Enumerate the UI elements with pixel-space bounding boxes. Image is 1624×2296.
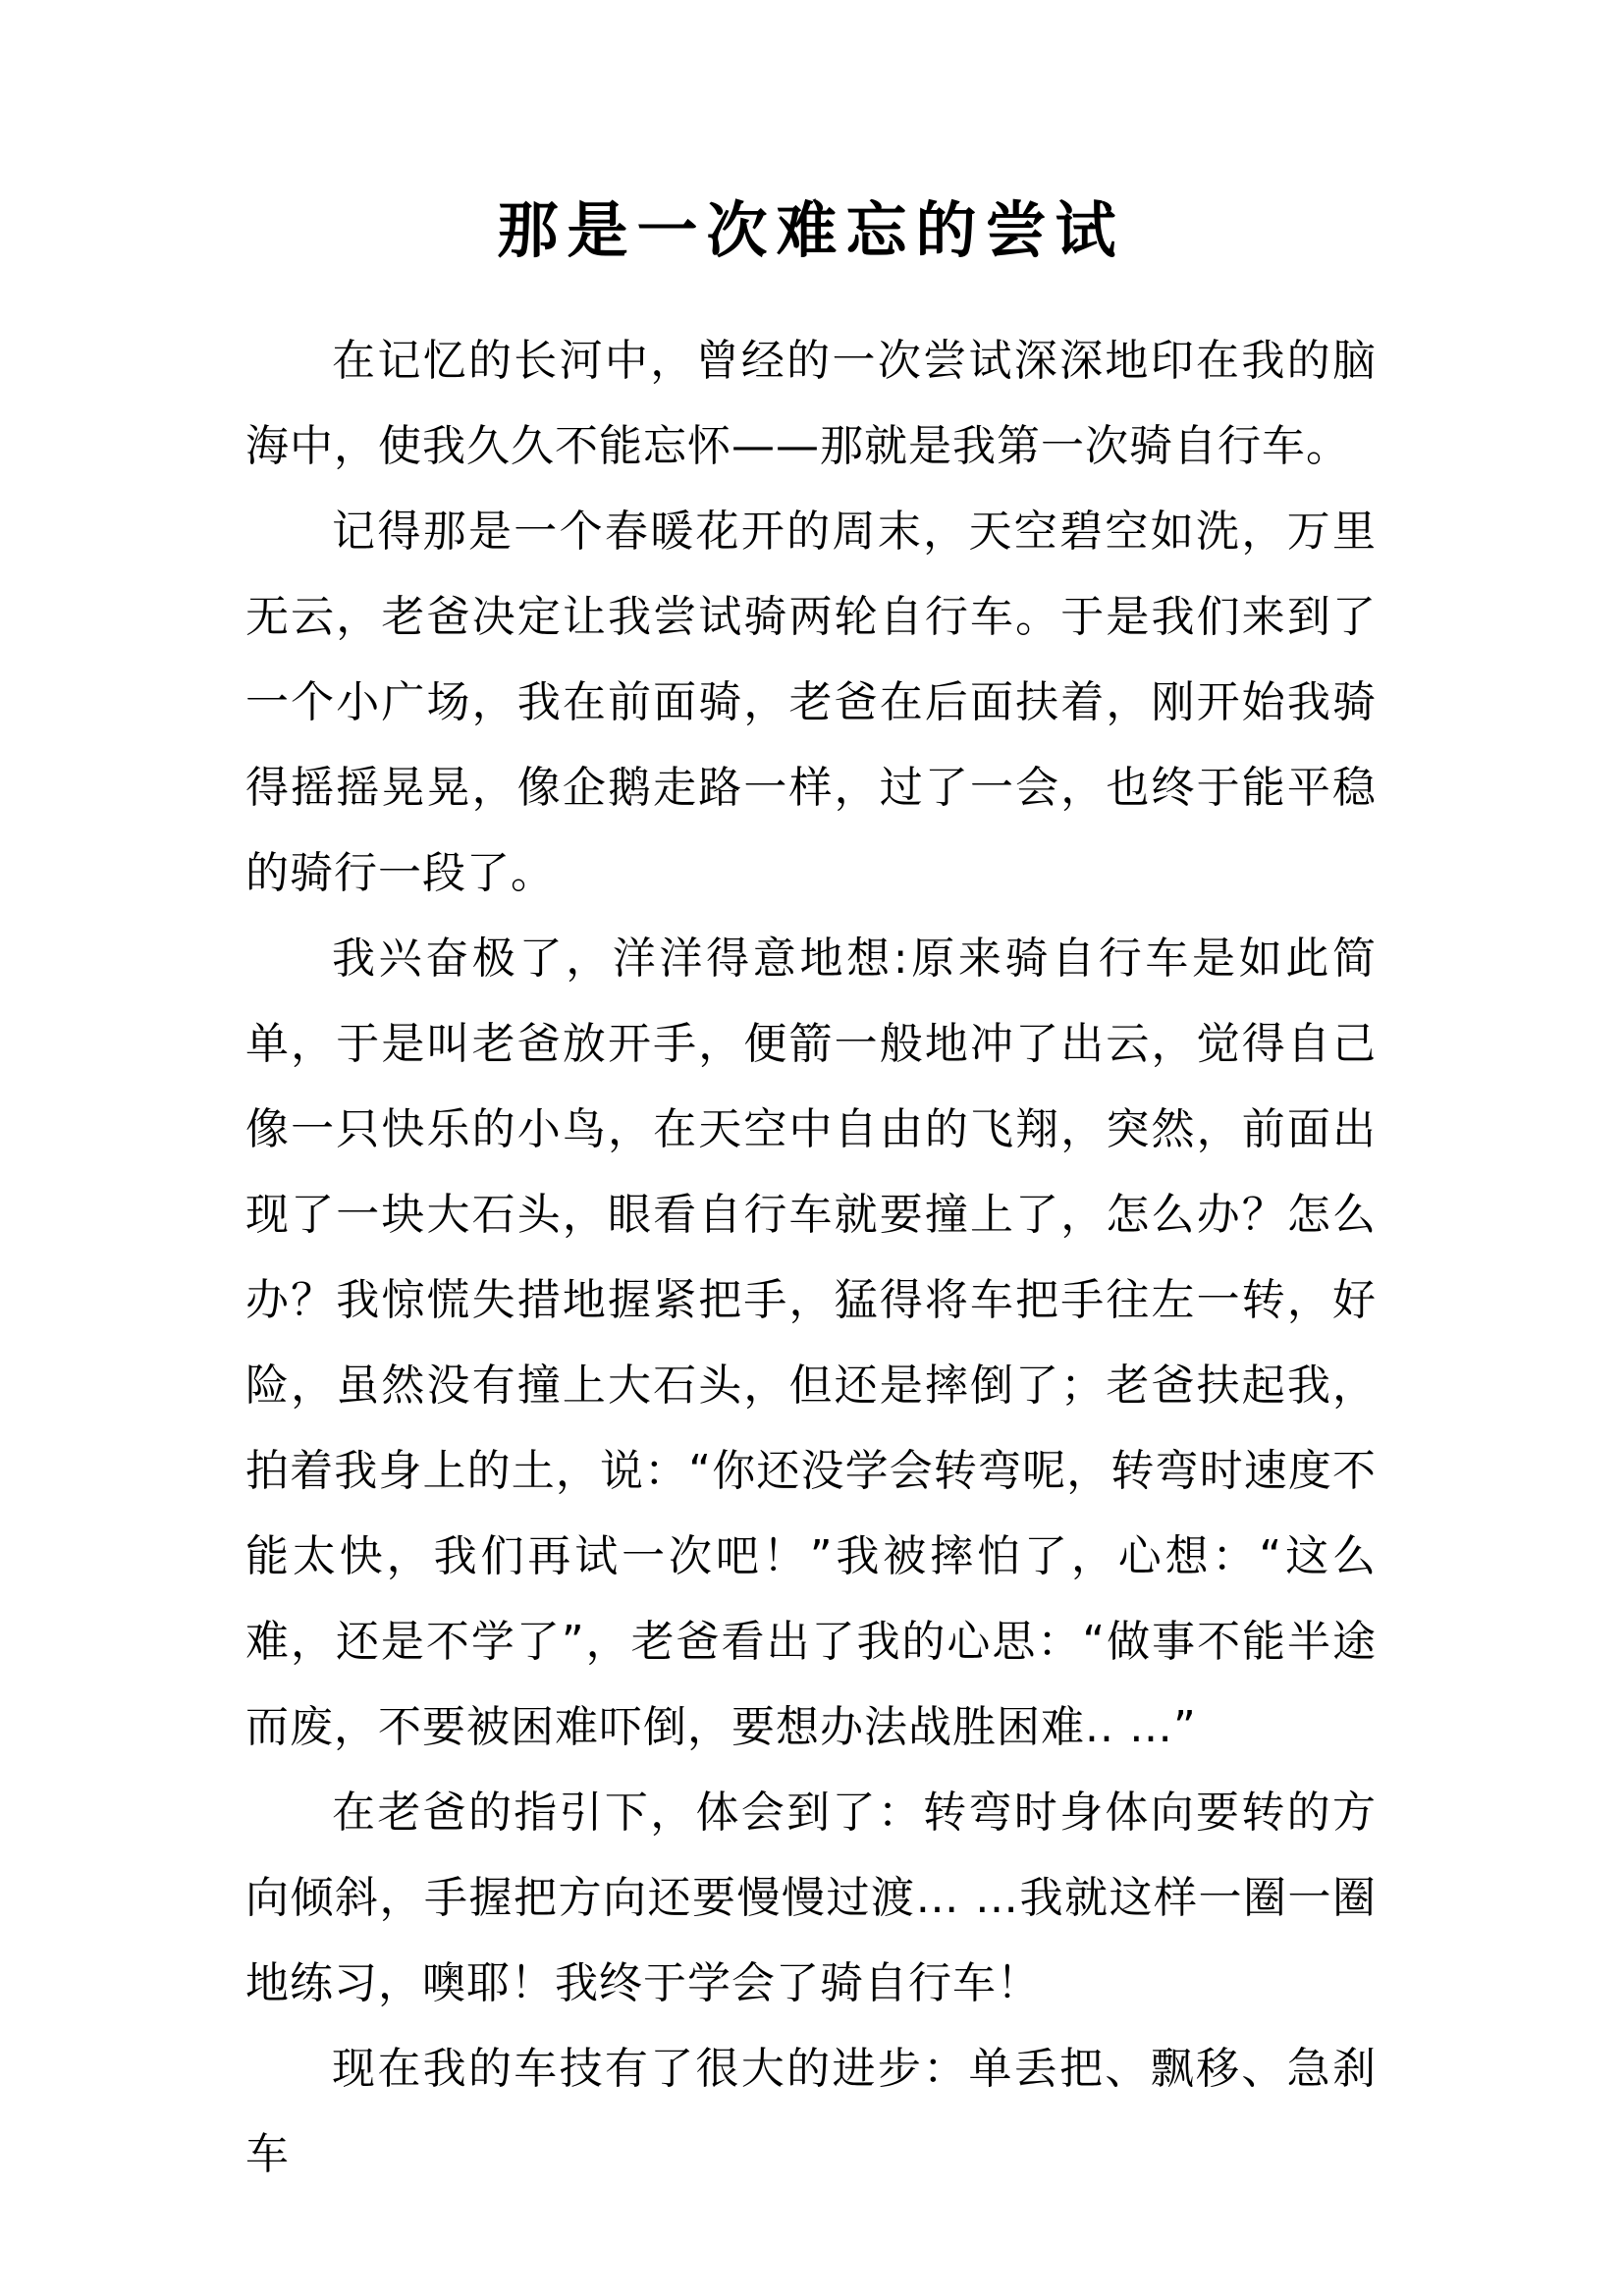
essay-paragraph-4: 在老爸的指引下，体会到了：转弯时身体向要转的方向倾斜，手握把方向还要慢慢过渡… … bbox=[245, 1770, 1377, 2026]
essay-paragraph-3: 我兴奋极了，洋洋得意地想:原来骑自行车是如此简单，于是叫老爸放开手，便箭一般地冲… bbox=[245, 916, 1377, 1770]
essay-paragraph-1: 在记忆的长河中，曾经的一次尝试深深地印在我的脑海中，使我久久不能忘怀——那就是我… bbox=[245, 318, 1377, 489]
essay-paragraph-2: 记得那是一个春暖花开的周末，天空碧空如洗，万里无云，老爸决定让我尝试骑两轮自行车… bbox=[245, 489, 1377, 916]
essay-body: 在记忆的长河中，曾经的一次尝试深深地印在我的脑海中，使我久久不能忘怀——那就是我… bbox=[245, 318, 1377, 2197]
document-page: 那是一次难忘的尝试 在记忆的长河中，曾经的一次尝试深深地印在我的脑海中，使我久久… bbox=[0, 0, 1624, 2296]
essay-title: 那是一次难忘的尝试 bbox=[245, 198, 1377, 263]
essay-paragraph-5: 现在我的车技有了很大的进步：单丢把、飘移、急刹车 bbox=[245, 2026, 1377, 2197]
